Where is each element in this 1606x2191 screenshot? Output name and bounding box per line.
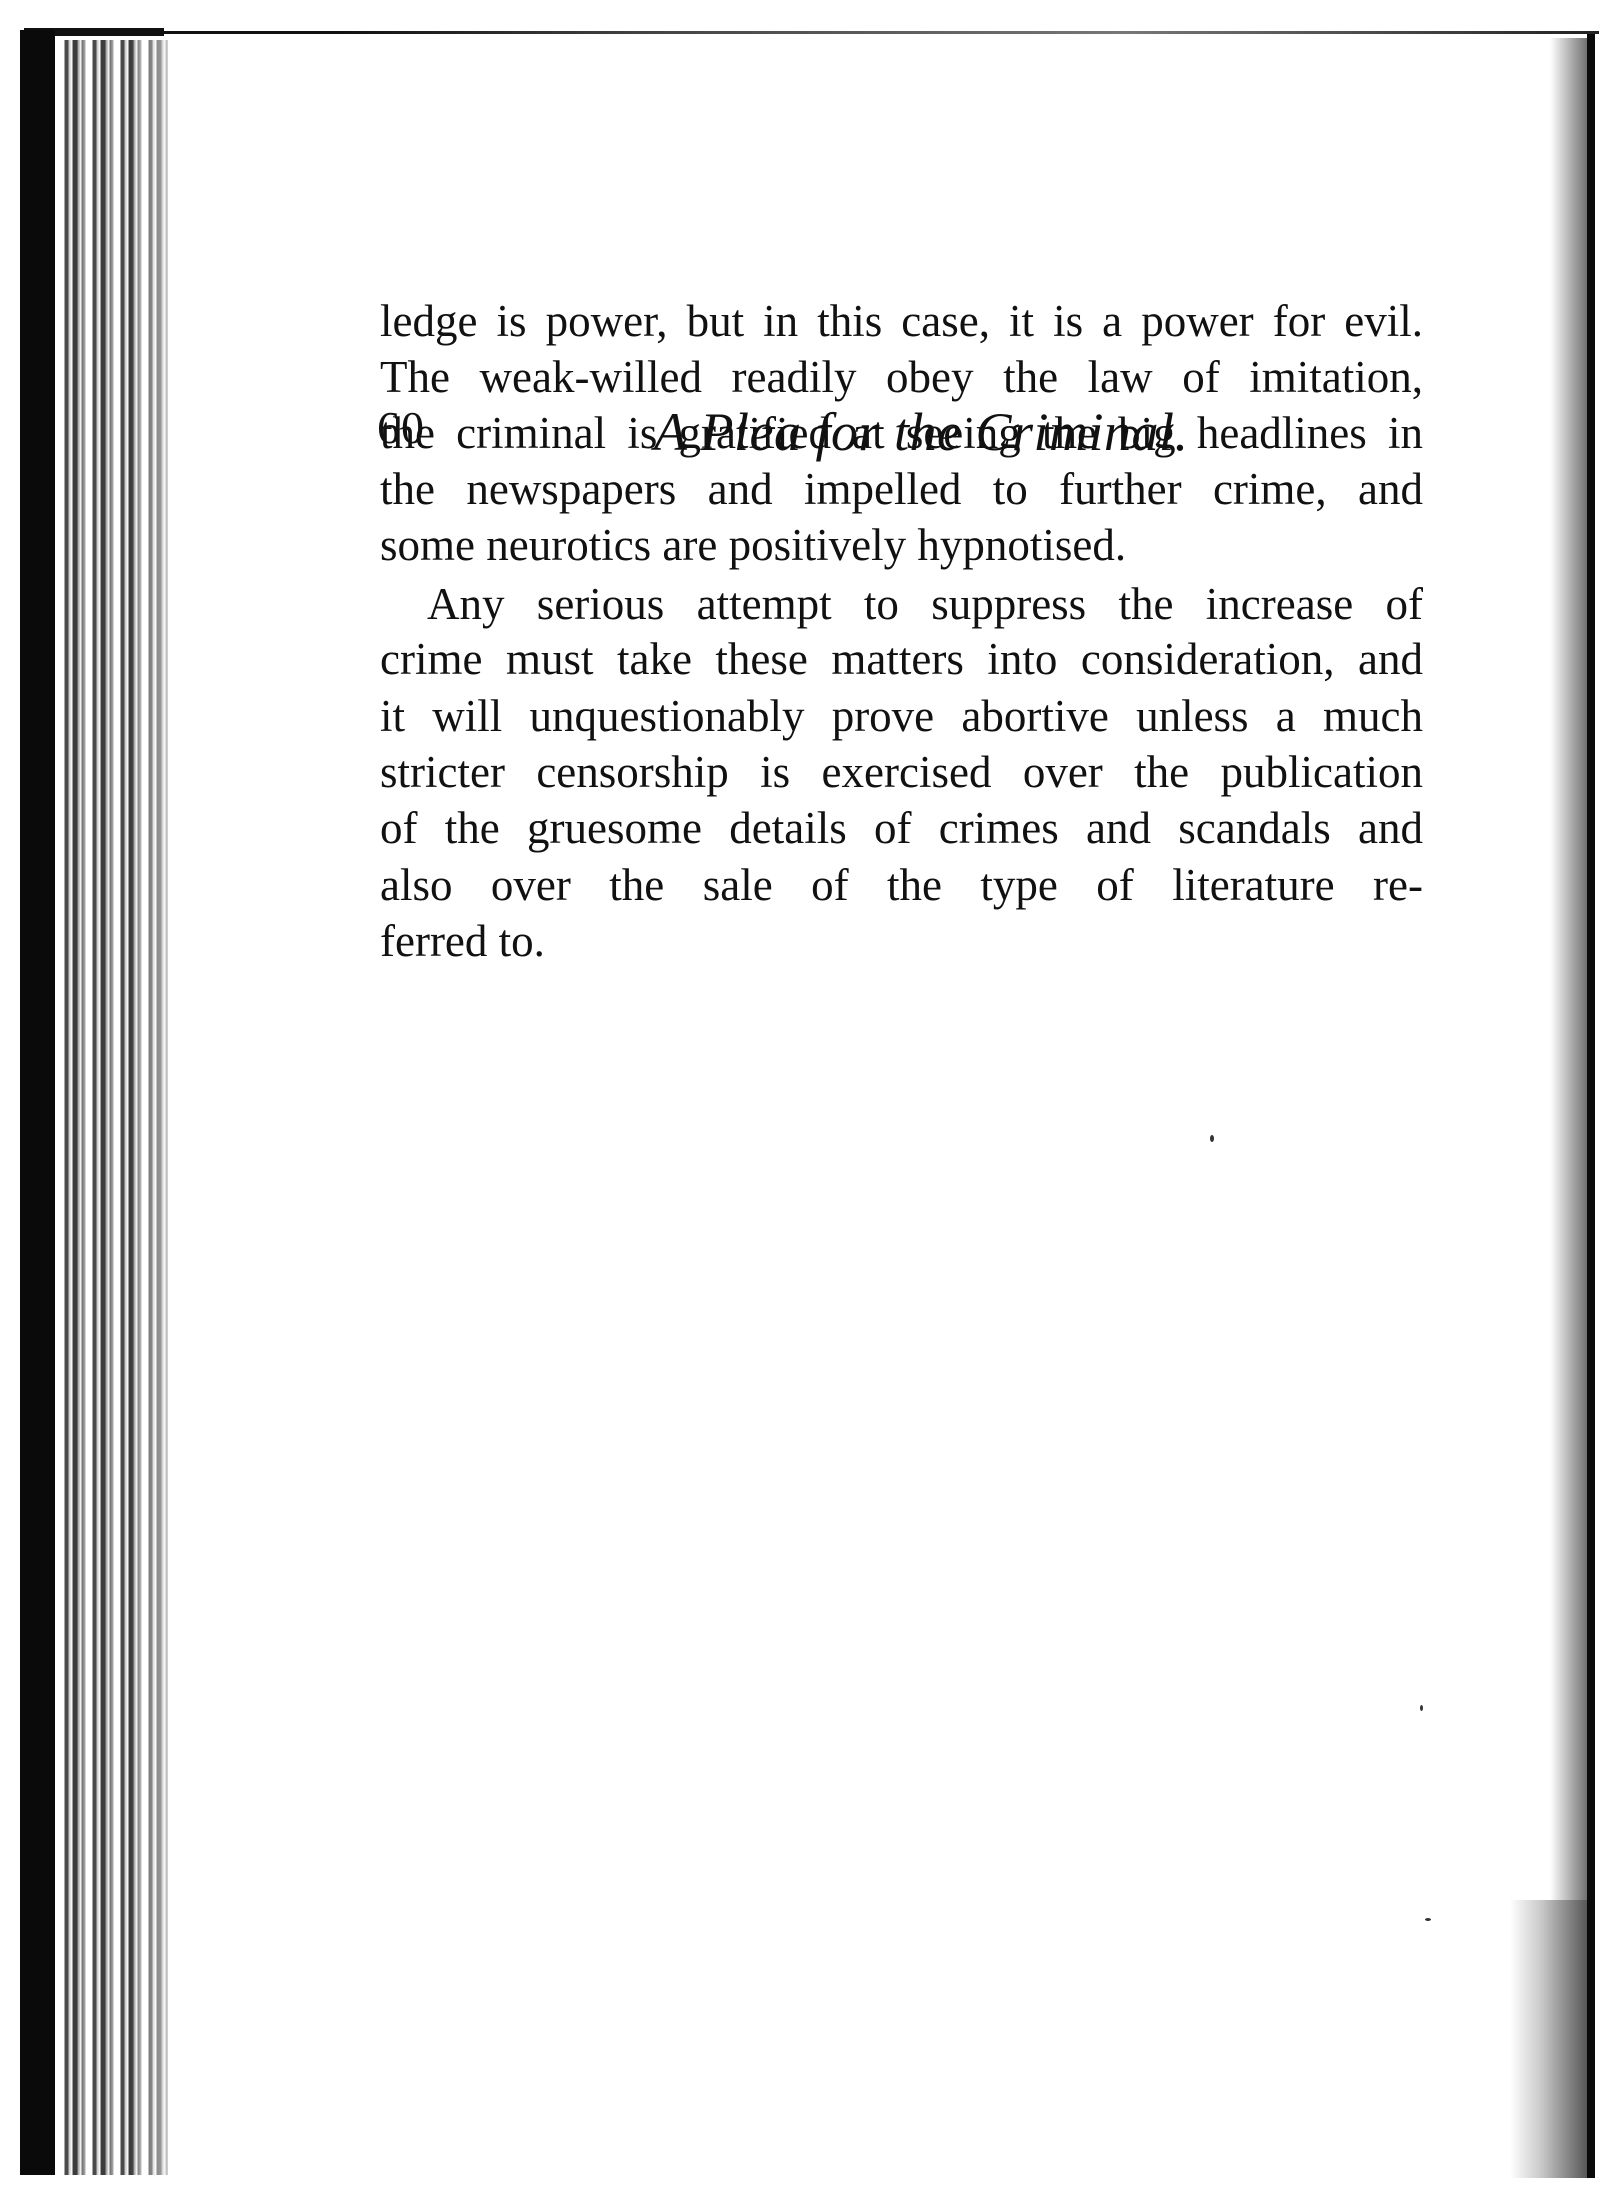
page-top-edge (24, 31, 1599, 34)
text-line: of the gruesome details of crimes and sc… (380, 800, 1423, 856)
text-line: crime must take these matters into consi… (380, 631, 1423, 687)
text-line: ferred to. (380, 913, 1423, 969)
book-spine-shadow (20, 30, 55, 2175)
text-line: the criminal is gratified at seeing the … (380, 405, 1423, 461)
text-line: some neurotics are positively hypnotised… (380, 517, 1423, 573)
text-line: it will unquestionably prove abortive un… (380, 688, 1423, 744)
text-line: also over the sale of the type of litera… (380, 857, 1423, 913)
text-line: the newspapers and impelled to further c… (380, 461, 1423, 517)
text-line: stricter censorship is exercised over th… (380, 744, 1423, 800)
gutter-fade (130, 40, 170, 2175)
right-page-edge-shadow (1550, 38, 1588, 2178)
text-line: Any serious attempt to suppress the incr… (427, 576, 1423, 632)
scan-speck (1425, 1918, 1431, 1921)
scan-speck (1420, 1705, 1423, 1711)
text-line: The weak-willed readily obey the law of … (380, 349, 1423, 405)
right-page-edge (1587, 34, 1595, 2178)
scan-speck (1210, 1135, 1214, 1142)
text-line: ledge is power, but in this case, it is … (380, 293, 1423, 349)
right-page-edge-shadow-bottom (1510, 1900, 1588, 2178)
